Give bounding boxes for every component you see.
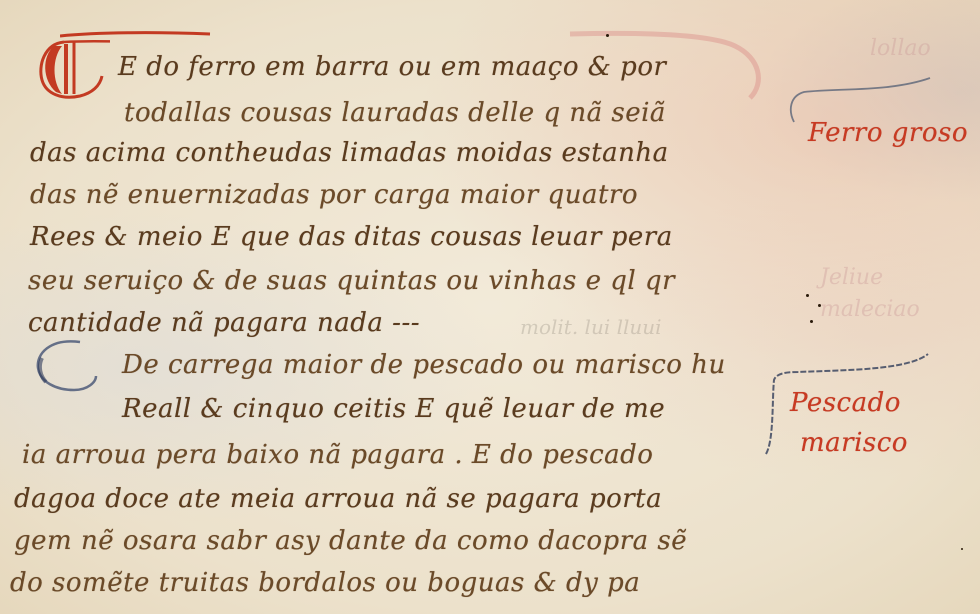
blue-initial-flourish-icon [30,336,100,396]
text-line-3: das acima contheudas limadas moidas esta… [30,138,669,168]
text-line-9: Reall & cinquo ceitis E quẽ leuar de me [122,394,665,424]
ink-dot [818,304,821,307]
ink-dot [606,34,609,37]
text-line-11: dagoa doce ate meia arroua nã se pagara … [14,484,662,514]
show-through-mid: molit. lui lluui [520,315,662,339]
ink-dot [810,320,813,323]
text-line-7: cantidade nã pagara nada --- [28,308,420,338]
margin-note-ferro-groso: Ferro groso [808,118,968,148]
margin-note-pescado: Pescado [790,388,901,418]
show-through-mid-right: Jeliue maleciao [820,262,980,326]
text-line-8: De carrega maior de pescado ou marisco h… [122,350,726,380]
text-line-5: Rees & meio E que das ditas cousas leuar… [30,222,673,252]
ink-dot [806,294,809,297]
text-line-10: ia arroua pera baixo nã pagara . E do pe… [22,440,653,470]
text-line-12: gem nẽ osara sabr asy dante da como daco… [14,526,687,556]
text-line-2: todallas cousas lauradas delle q nã seiã [124,98,666,128]
ink-dot [961,548,963,550]
text-line-4: das nẽ enuernizadas por carga maior quat… [30,180,638,210]
margin-note-marisco: marisco [800,428,908,458]
text-line-1: E do ferro em barra ou em maaço & por [118,52,666,82]
red-initial-tail [60,30,220,50]
text-line-6: seu seruiço & de suas quintas ou vinhas … [28,266,675,296]
show-through-top-right: lollao [870,36,931,61]
text-line-13: do somẽte truitas bordalos ou boguas & d… [10,568,640,598]
